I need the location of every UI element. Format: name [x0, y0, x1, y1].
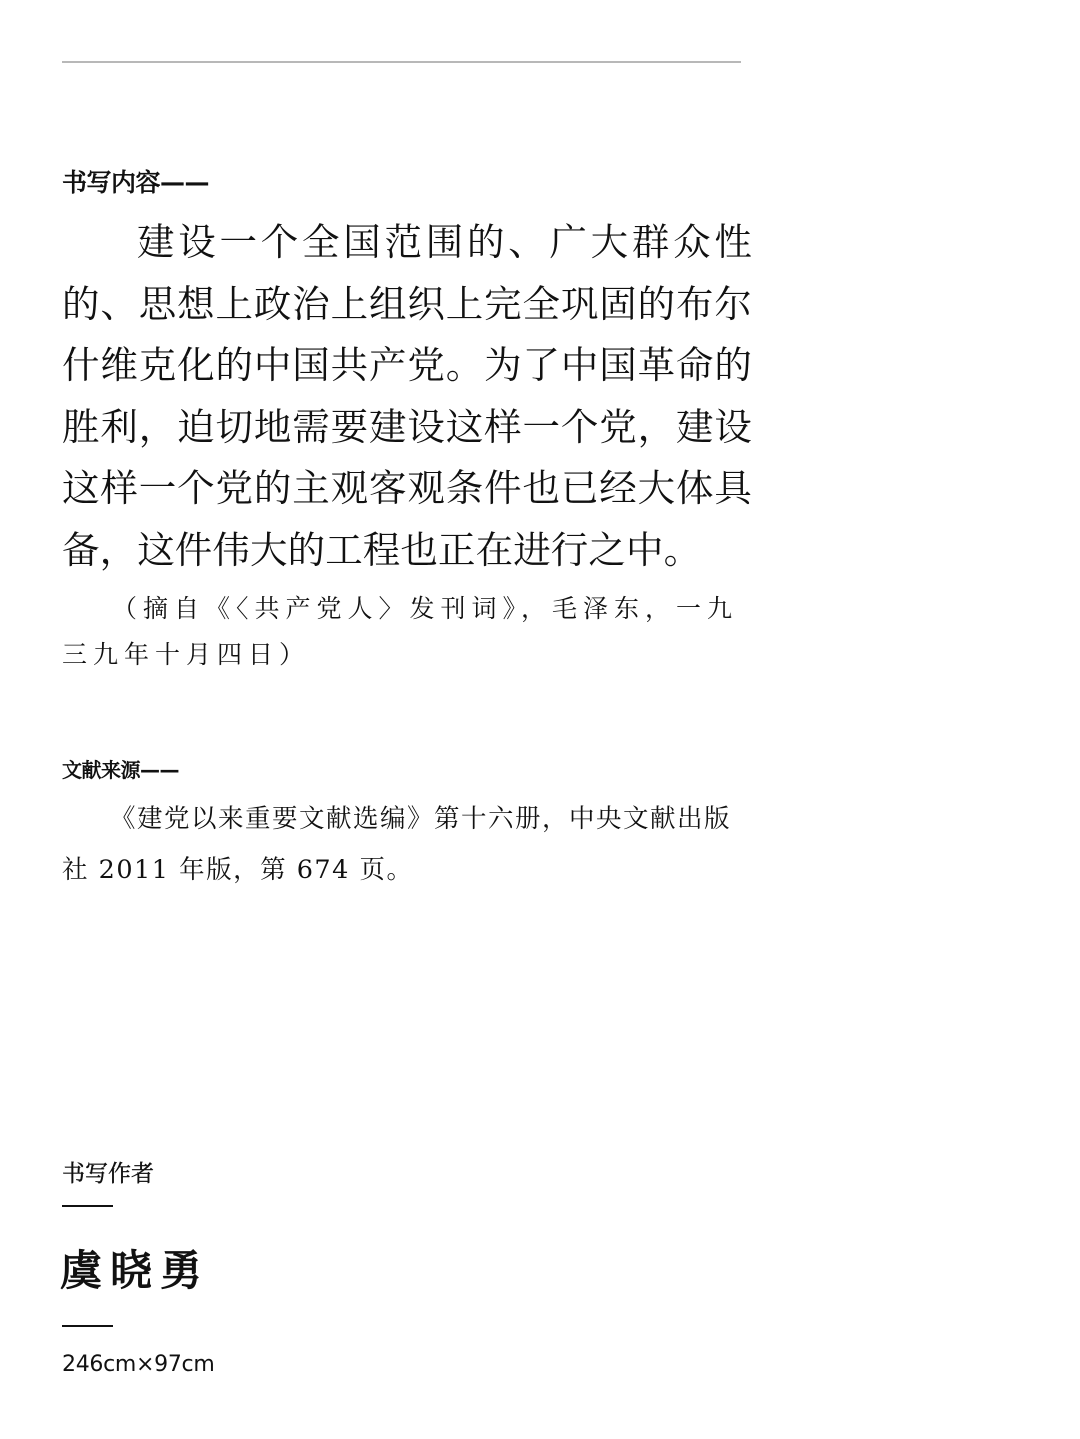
author-name: 虞晓勇 [60, 1238, 210, 1298]
content-section-heading: 书写内容—— [62, 163, 209, 199]
source-section-heading: 文献来源—— [62, 754, 179, 783]
artwork-dimensions: 246cm×97cm [62, 1352, 214, 1377]
top-divider [62, 61, 741, 63]
author-divider-top [62, 1205, 113, 1207]
content-body-text: 建设一个全国范围的、广大群众性的、思想上政治上组织上完全巩固的布尔什维克化的中国… [62, 212, 752, 581]
content-citation: （摘自《〈共产党人〉发刊词》，毛泽东，一九三九年十月四日） [62, 586, 742, 678]
source-text: 《建党以来重要文献选编》第十六册，中央文献出版社 2011 年版，第 674 页… [62, 794, 752, 896]
author-divider-bottom [62, 1325, 113, 1327]
author-section-heading: 书写作者 [62, 1155, 154, 1188]
